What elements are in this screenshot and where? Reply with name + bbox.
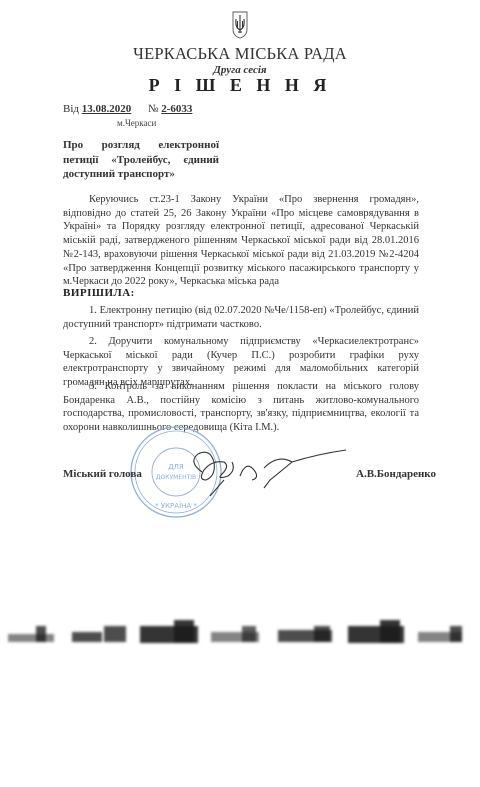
date-prefix: Від bbox=[63, 103, 79, 115]
decision-number: 2-6033 bbox=[161, 103, 192, 115]
ukraine-trident-emblem-icon bbox=[232, 11, 248, 39]
decision-date: 13.08.2020 bbox=[82, 103, 132, 115]
decision-item-text: 3. Контроль за виконанням рішення поклас… bbox=[63, 380, 419, 435]
decision-subject: Про розгляд електронної петиції «Тролейб… bbox=[63, 138, 219, 182]
number-prefix: № bbox=[148, 103, 159, 115]
illegible-scan-strip-icon bbox=[6, 612, 474, 654]
decision-item-text: 1. Електронну петицію (від 02.07.2020 №Ч… bbox=[63, 304, 419, 331]
council-name: ЧЕРКАСЬКА МІСЬКА РАДА bbox=[0, 44, 480, 64]
decision-item-1: 1. Електронну петицію (від 02.07.2020 №Ч… bbox=[63, 304, 419, 331]
preamble-text: Керуючись ст.23-1 Закону України «Про зв… bbox=[63, 193, 419, 289]
handwritten-signature-icon bbox=[180, 440, 350, 500]
resolved-label: ВИРІШИЛА: bbox=[63, 287, 135, 299]
signatory-name: А.В.Бондаренко bbox=[356, 468, 436, 480]
decision-item-3: 3. Контроль за виконанням рішення поклас… bbox=[63, 380, 419, 435]
preamble: Керуючись ст.23-1 Закону України «Про зв… bbox=[63, 193, 419, 289]
city-label: м.Черкаси bbox=[117, 118, 156, 128]
date-number-line: Від 13.08.2020 № 2-6033 bbox=[63, 103, 192, 115]
signatory-position: Міський голова bbox=[63, 468, 142, 480]
stamp-text-bottom: * УКРАЇНА * bbox=[155, 501, 197, 510]
document-type-title: Р І Ш Е Н Н Я bbox=[0, 75, 480, 96]
